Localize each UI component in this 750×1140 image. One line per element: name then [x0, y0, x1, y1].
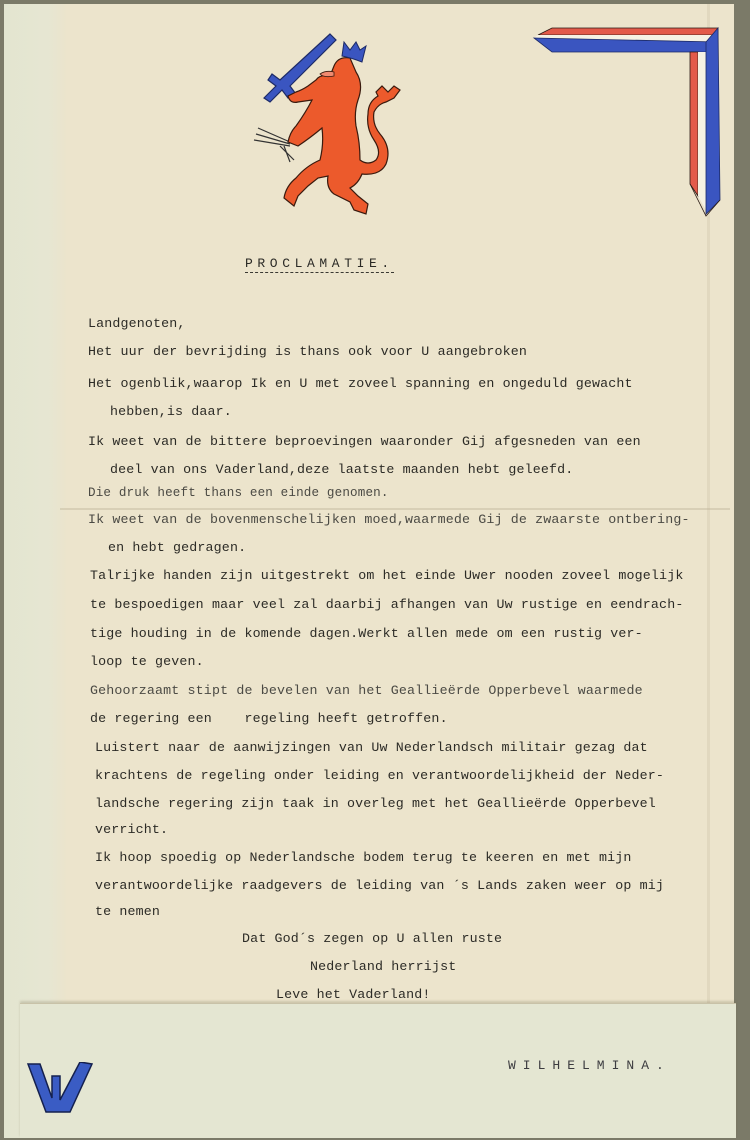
text-line: Ik hoop spoedig op Nederlandsche bodem t… — [95, 850, 632, 865]
text-line: en hebt gedragen. — [108, 540, 246, 555]
tricolor-ribbon-icon — [530, 24, 725, 220]
text-line: Gehoorzaamt stipt de bevelen van het Gea… — [90, 683, 643, 698]
text-line: Die druk heeft thans een einde genomen. — [88, 486, 389, 500]
text-line: verricht. — [95, 822, 168, 837]
text-line: hebben,is daar. — [110, 404, 232, 419]
text-line: Talrijke handen zijn uitgestrekt om het … — [90, 568, 683, 583]
closing-line: Leve het Vaderland! — [276, 987, 430, 1002]
signature: WILHELMINA. — [508, 1058, 671, 1073]
text-line: deel van ons Vaderland,deze laatste maan… — [110, 462, 573, 477]
closing-line: Dat God´s zegen op U allen ruste — [242, 931, 502, 946]
text-line: te bespoedigen maar veel zal daarbij afh… — [90, 597, 683, 612]
text-line: Luistert naar de aanwijzingen van Uw Ned… — [95, 740, 648, 755]
paper-fold-left — [4, 4, 66, 1138]
salutation: Landgenoten, — [88, 316, 186, 331]
text-line: Ik weet van de bittere beproevingen waar… — [88, 434, 641, 449]
text-line: Het uur der bevrijding is thans ook voor… — [88, 344, 527, 359]
text-line: Het ogenblik,waarop Ik en U met zoveel s… — [88, 376, 633, 391]
closing-line: Nederland herrijst — [310, 959, 456, 974]
w-monogram-icon — [26, 1062, 96, 1118]
text-line: de regering een regeling heeft getroffen… — [90, 711, 448, 726]
paper-crease — [60, 508, 730, 510]
text-line: te nemen — [95, 904, 160, 919]
heraldic-lion-icon — [250, 28, 410, 228]
text-line: loop te geven. — [90, 654, 204, 669]
text-line: landsche regering zijn taak in overleg m… — [95, 796, 656, 811]
document-title: PROCLAMATIE. — [245, 256, 394, 273]
text-line: krachtens de regeling onder leiding en v… — [95, 768, 664, 783]
text-line: Ik weet van de bovenmenschelijken moed,w… — [88, 512, 690, 527]
text-line: tige houding in de komende dagen.Werkt a… — [90, 626, 643, 641]
text-line: verantwoordelijke raadgevers de leiding … — [95, 878, 664, 893]
